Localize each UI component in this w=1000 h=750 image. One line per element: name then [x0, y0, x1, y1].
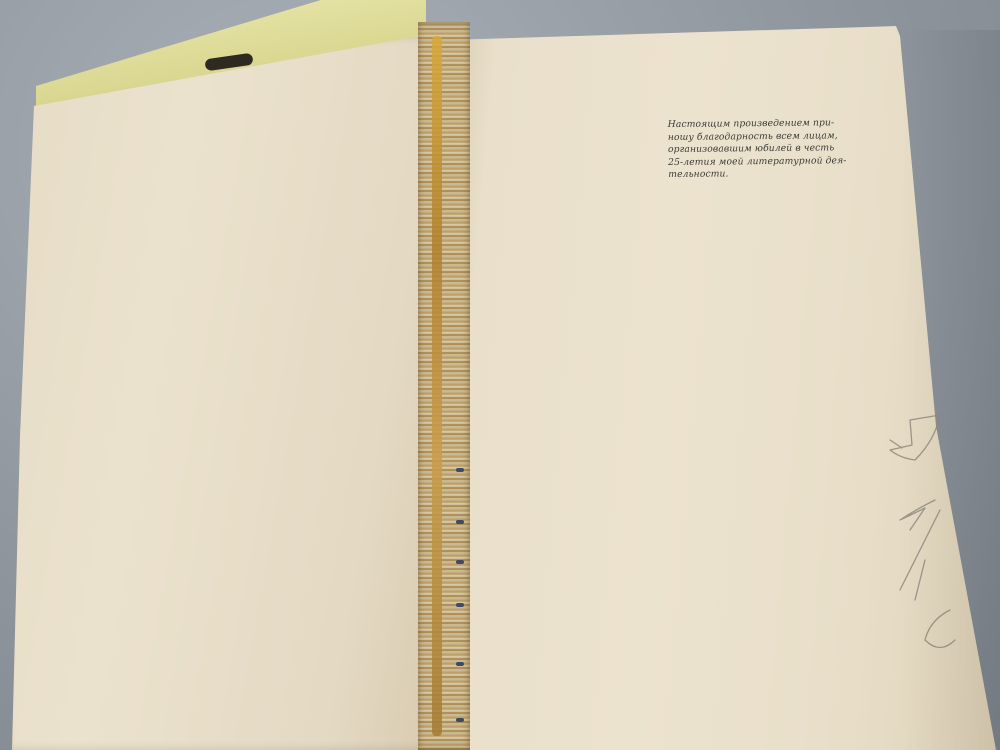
stitch-mark	[456, 520, 464, 524]
binding-thread	[432, 36, 442, 736]
stitch-mark	[456, 468, 464, 472]
left-endpaper	[12, 36, 432, 750]
stitch-mark	[456, 560, 464, 564]
stitch-mark	[456, 603, 464, 607]
dedication-line: тельности.	[668, 167, 868, 182]
dedication-line: 25-летия моей литературной дея-	[668, 154, 868, 169]
stitch-mark	[456, 718, 464, 722]
pencil-handwriting	[870, 400, 970, 660]
stitch-mark	[456, 662, 464, 666]
dedication-text: Настоящим произведением при- ношу благод…	[668, 117, 869, 182]
book-spine	[418, 22, 470, 750]
photo-scene: Настоящим произведением при- ношу благод…	[0, 0, 1000, 750]
